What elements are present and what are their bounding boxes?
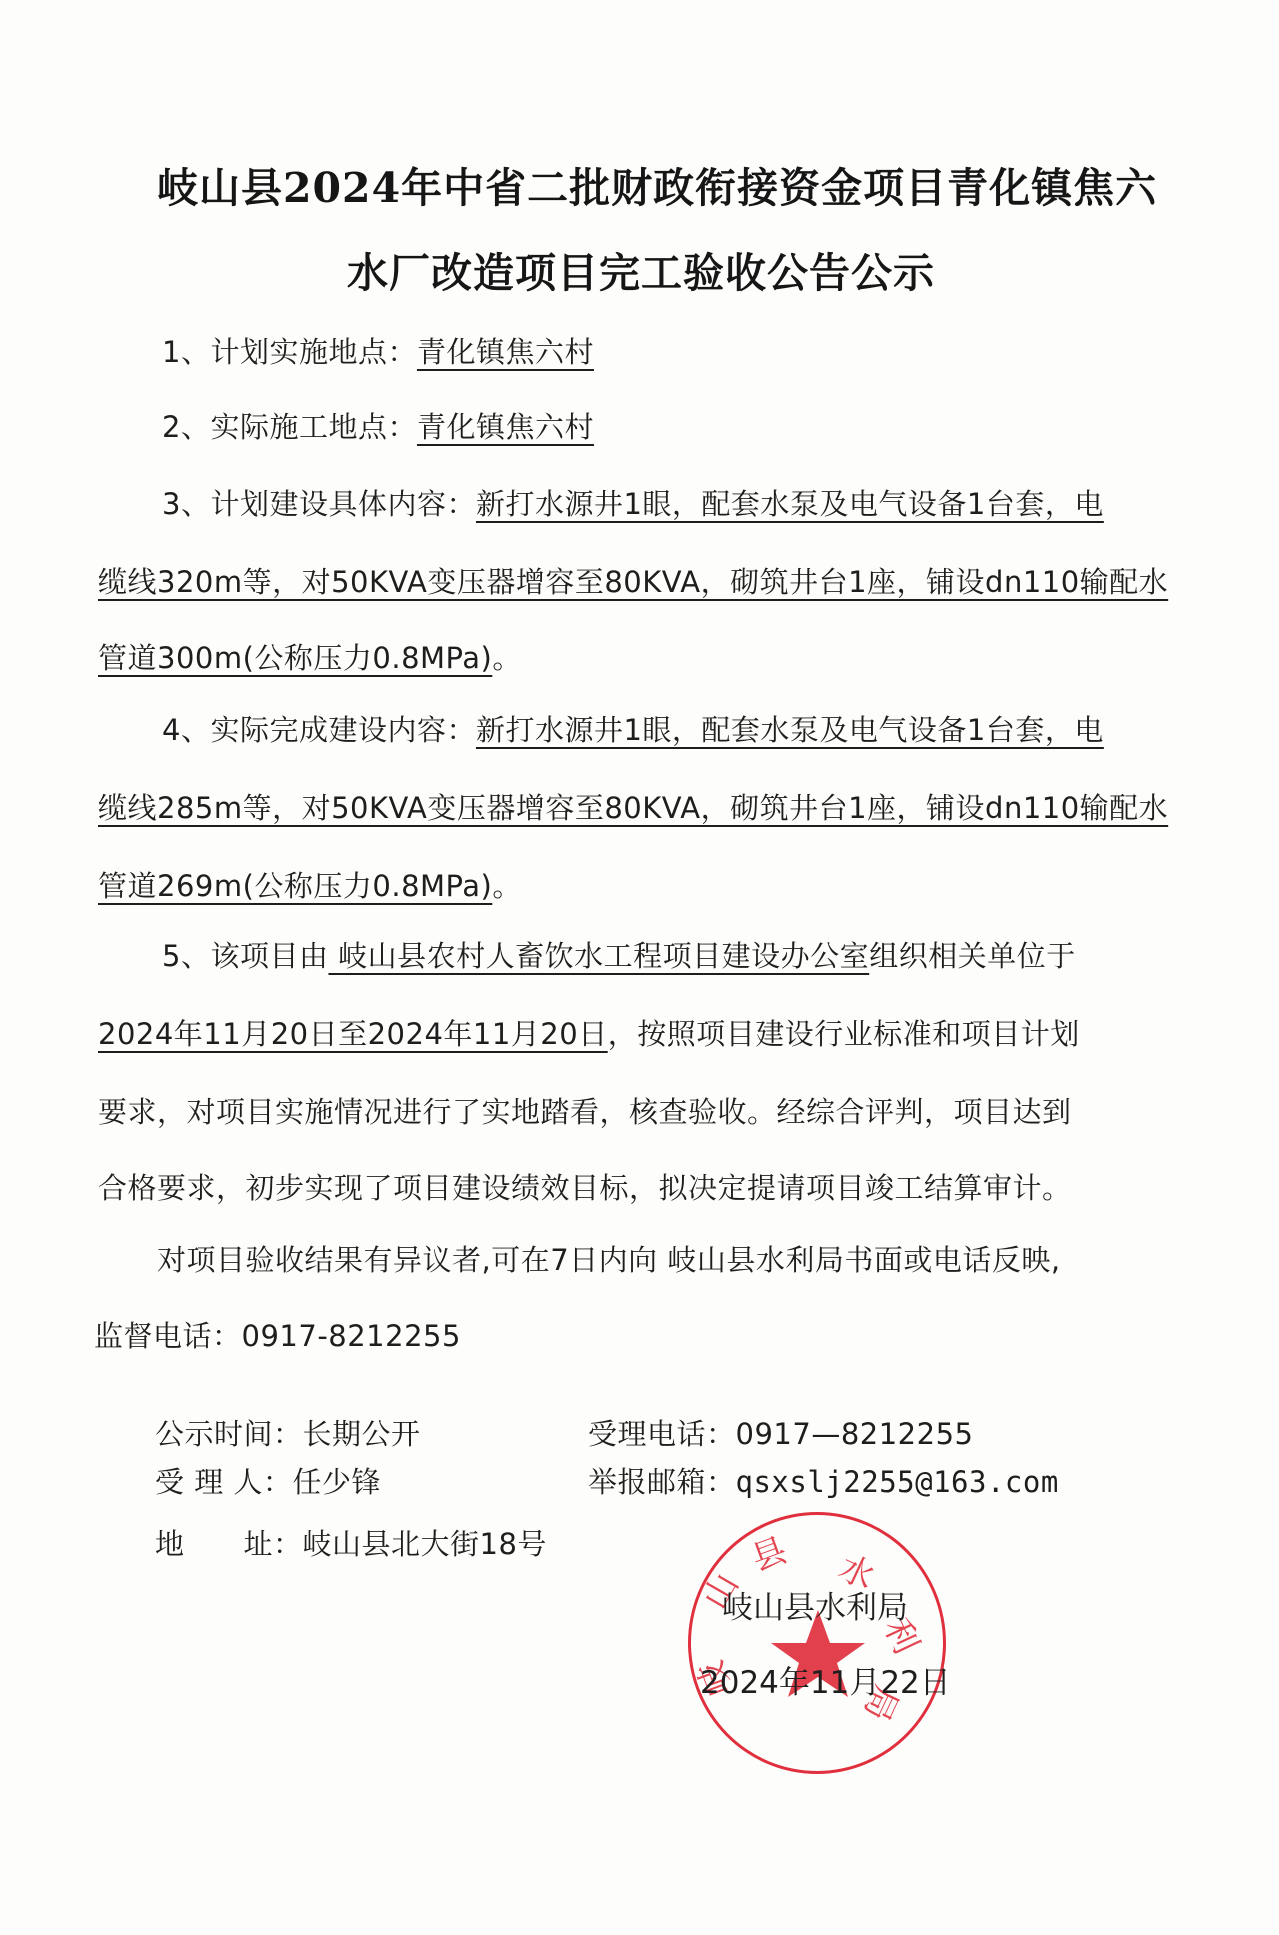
item-text: ，按照项目建设行业标准和项目计划 [608, 1017, 1080, 1051]
signature-date: 2024年11月22日 [700, 1657, 951, 1702]
item-acceptance-line1: 5、该项目由 岐山县农村人畜饮水工程项目建设办公室组织相关单位于 [162, 934, 1076, 975]
item-label: 5、该项目由 [162, 939, 328, 973]
actual-content-text: 缆线285m等，对50KVA变压器增容至80KVA，砌筑井台1座，铺设dn110… [98, 791, 1168, 825]
actual-location-value: 青化镇焦六村 [417, 410, 594, 444]
report-email: 举报邮箱：qsxslj2255@163.com [588, 1460, 1059, 1501]
item-actual-content-line3: 管道269m(公称压力0.8MPa)。 [98, 864, 522, 905]
acceptance-phone: 受理电话：0917—8212255 [588, 1412, 973, 1453]
handler: 受 理 人：任少锋 [155, 1460, 381, 1501]
period: 。 [492, 641, 522, 675]
document-title-line2: 水厂改造项目完工验收公告公示 [347, 240, 935, 299]
item-planned-content-line3: 管道300m(公称压力0.8MPa)。 [98, 636, 522, 677]
address-label: 地 址： [155, 1527, 303, 1561]
acceptance-dates: 2024年11月20日至2024年11月20日 [98, 1017, 608, 1051]
item-label: 1、计划实施地点： [162, 335, 417, 369]
period: 。 [492, 869, 522, 903]
planned-location-value: 青化镇焦六村 [417, 335, 594, 369]
address-value: 岐山县北大街18号 [303, 1527, 547, 1561]
publicity-time: 公示时间：长期公开 [155, 1412, 421, 1453]
handler-value: 任少锋 [292, 1465, 381, 1499]
acceptance-phone-label: 受理电话： [588, 1417, 736, 1451]
report-email-value[interactable]: qsxslj2255@163.com [736, 1465, 1059, 1499]
acceptance-phone-value: 0917—8212255 [736, 1417, 974, 1451]
handler-label: 受 理 人： [155, 1465, 292, 1499]
item-planned-location: 1、计划实施地点：青化镇焦六村 [162, 330, 594, 371]
item-acceptance-line4: 合格要求，初步实现了项目建设绩效目标，拟决定提请项目竣工结算审计。 [98, 1166, 1072, 1207]
signature-org: 岐山县水利局 [722, 1582, 908, 1627]
report-email-label: 举报邮箱： [588, 1465, 736, 1499]
item-actual-content-line1: 4、实际完成建设内容：新打水源井1眼，配套水泵及电气设备1台套，电 [162, 708, 1104, 749]
item-planned-content-line1: 3、计划建设具体内容：新打水源井1眼，配套水泵及电气设备1台套，电 [162, 482, 1104, 523]
organizer: 岐山县农村人畜饮水工程项目建设办公室 [328, 939, 869, 973]
actual-content-text: 管道269m(公称压力0.8MPa) [98, 869, 492, 903]
item-label: 3、计划建设具体内容： [162, 487, 476, 521]
planned-content-text: 缆线320m等，对50KVA变压器增容至80KVA，砌筑井台1座，铺设dn110… [98, 565, 1168, 599]
item-label: 2、实际施工地点： [162, 410, 417, 444]
item-acceptance-line2: 2024年11月20日至2024年11月20日，按照项目建设行业标准和项目计划 [98, 1012, 1080, 1053]
item-acceptance-line3: 要求，对项目实施情况进行了实地踏看，核查验收。经综合评判，项目达到 [98, 1090, 1072, 1131]
publicity-time-value: 长期公开 [303, 1417, 421, 1451]
address: 地 址：岐山县北大街18号 [155, 1522, 547, 1563]
official-seal: 山 县 水 利 局 岐 [688, 1512, 946, 1774]
planned-content-text: 管道300m(公称压力0.8MPa) [98, 641, 492, 675]
item-planned-content-line2: 缆线320m等，对50KVA变压器增容至80KVA，砌筑井台1座，铺设dn110… [98, 560, 1168, 601]
publicity-time-label: 公示时间： [155, 1417, 303, 1451]
item-actual-location: 2、实际施工地点：青化镇焦六村 [162, 405, 594, 446]
item-text: 组织相关单位于 [869, 939, 1076, 973]
supervision-phone: 监督电话：0917-8212255 [94, 1314, 461, 1355]
actual-content-text: 新打水源井1眼，配套水泵及电气设备1台套，电 [476, 713, 1104, 747]
objection-line: 对项目验收结果有异议者,可在7日内向 岐山县水利局书面或电话反映, [157, 1238, 1061, 1279]
item-label: 4、实际完成建设内容： [162, 713, 476, 747]
document-title-line1: 岐山县2024年中省二批财政衔接资金项目青化镇焦六 [157, 155, 1157, 214]
supervision-phone-label: 监督电话： [94, 1319, 242, 1353]
planned-content-text: 新打水源井1眼，配套水泵及电气设备1台套，电 [476, 487, 1104, 521]
supervision-phone-value: 0917-8212255 [242, 1319, 461, 1353]
item-actual-content-line2: 缆线285m等，对50KVA变压器增容至80KVA，砌筑井台1座，铺设dn110… [98, 786, 1168, 827]
